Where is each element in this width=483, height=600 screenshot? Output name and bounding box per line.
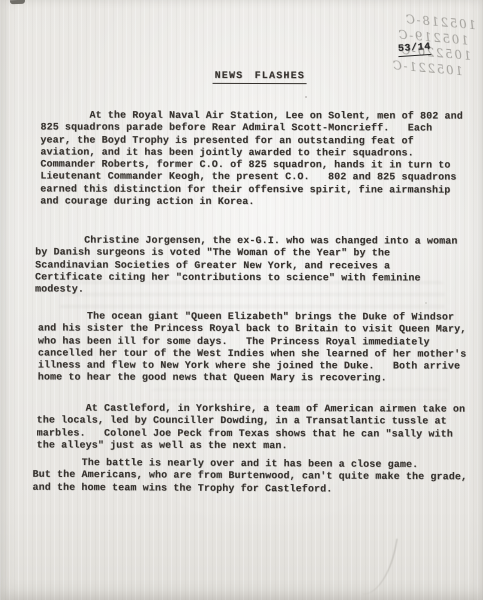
text-line: by Danish surgeons is voted "The Woman o… [35,248,457,261]
text-line: Certificate citing her "contributions to… [35,272,457,285]
text-line: who has been ill for some days. The Prin… [38,336,466,349]
text-line: the locals, led by Counciller Dowding, i… [37,416,465,429]
document-title: NEWS FLASHES [213,71,307,84]
text-line: 825 squadrons parade before Rear Admiral… [40,123,462,136]
text-line: home to hear the good news that Queen Ma… [38,373,466,386]
text-line: modesty. [35,285,457,298]
scanned-document-page: 105218-C 105219-C 105220-C 105221-C 53/1… [0,0,483,600]
news-paragraph-jorgensen: Christine Jorgensen, the ex-G.I. who was… [35,235,458,298]
text-line: Scandinavian Societies of Greater New Yo… [35,260,457,273]
text-line: year, the Boyd Trophy is presented for a… [40,135,462,148]
text-line: Lieutenant Commander Keogh, the present … [40,172,462,185]
news-paragraph-marbles-result: The battle is nearly over and it has bee… [32,458,467,498]
text-line: marbles. Colonel Joe Peck from Texas sho… [37,428,465,441]
news-paragraph-castleford: At Castleford, in Yorkshire, a team of A… [37,403,466,453]
text-line: and his sister the Princess Royal back t… [38,324,466,337]
typewritten-content: NEWS FLASHES At the Royal Naval Air Stat… [0,0,483,600]
news-paragraph-queen-elizabeth: The ocean giant "Queen Elizabeth" brings… [38,311,467,386]
text-line: the alleys" just as well as the next man… [37,440,465,453]
text-line: and courage during action in Korea. [40,197,462,210]
news-paragraph-royal-naval: At the Royal Naval Air Station, Lee on S… [40,110,463,209]
